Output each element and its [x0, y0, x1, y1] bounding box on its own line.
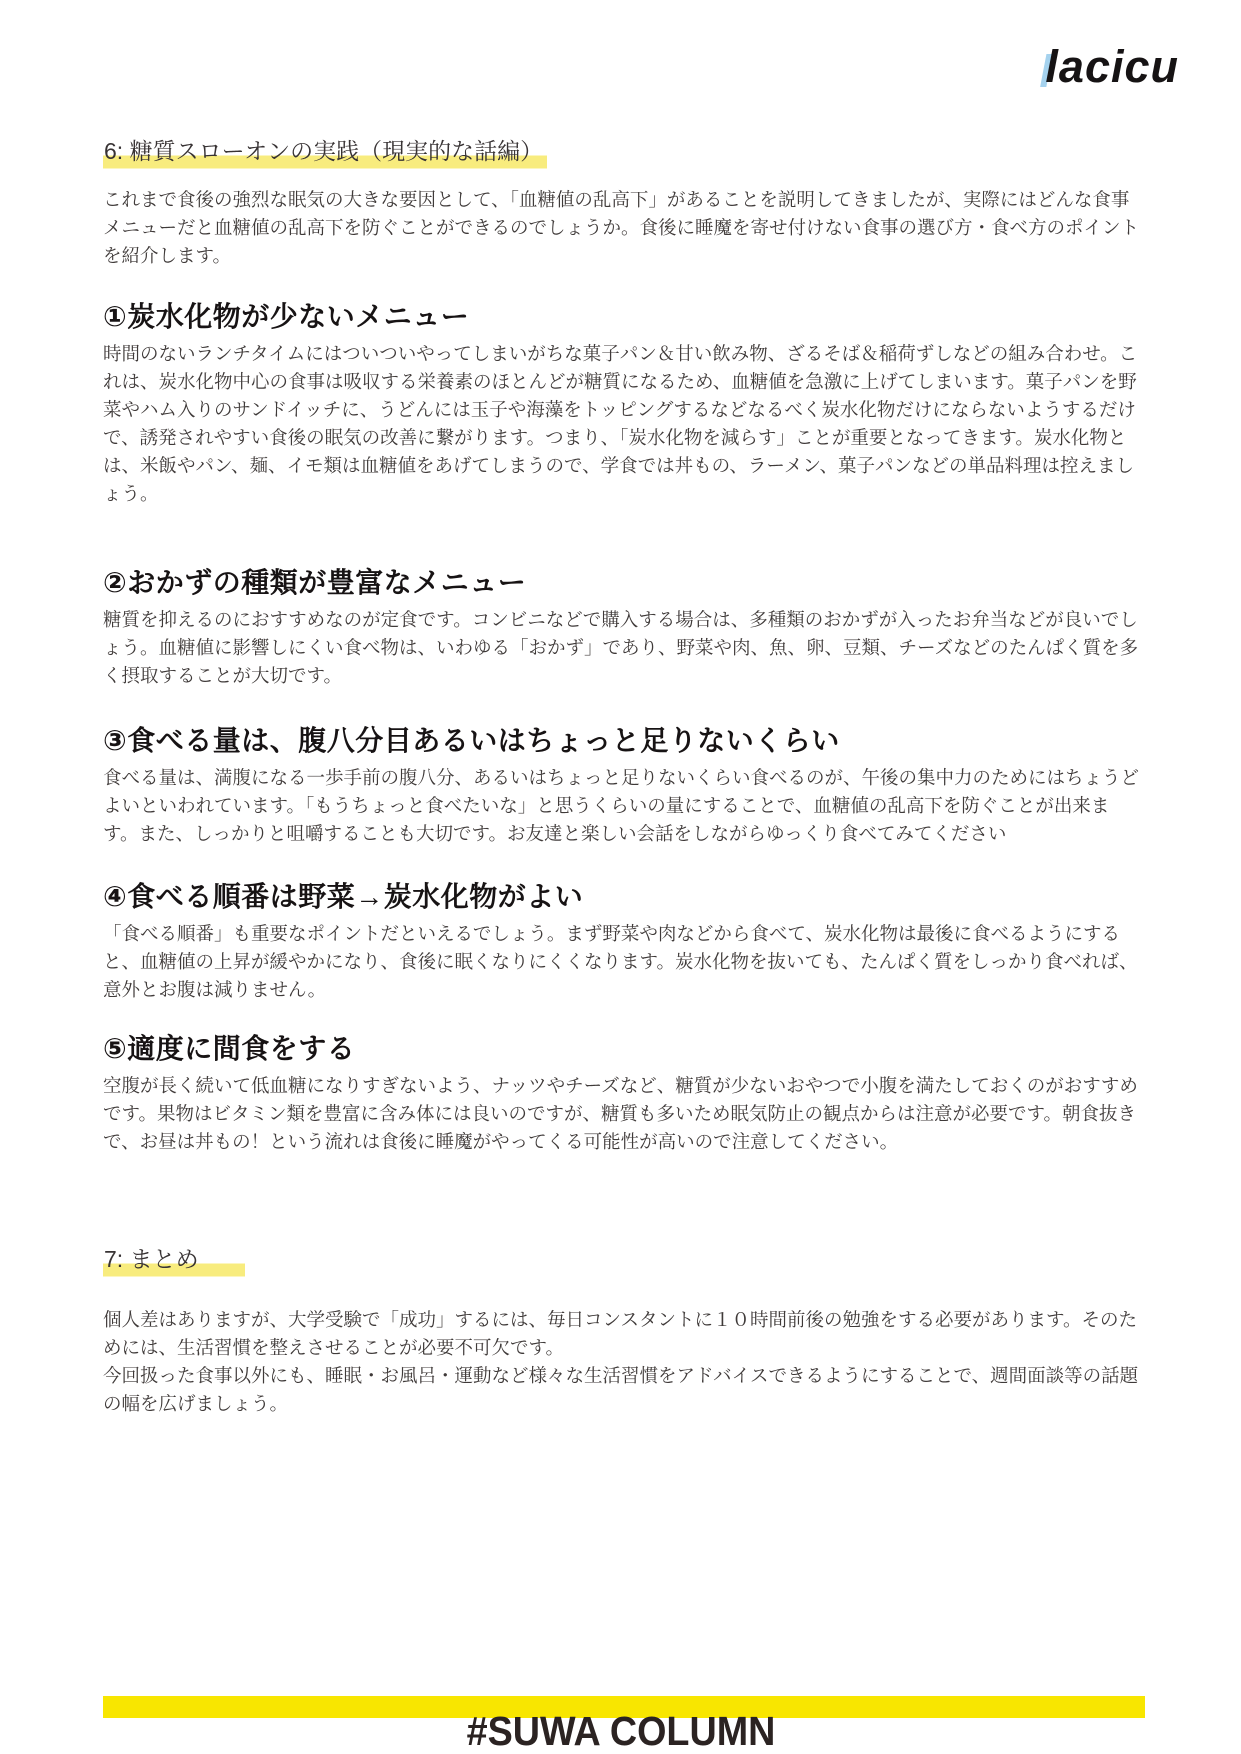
page-content: 6: 糖質スローオンの実践（現実的な話編） これまで食後の強烈な眠気の大きな要因…	[0, 136, 1241, 1418]
lacicu-logo: lacicu	[1045, 44, 1179, 89]
section-6-intro-paragraph: これまで食後の強烈な眠気の大きな要因として、「血糖値の乱高下」があることを説明し…	[103, 186, 1141, 270]
subsection-4-eating-order: ④食べる順番は野菜→炭水化物がよい 「食べる順番」も重要なポイントだといえるでし…	[103, 880, 1141, 1004]
section-6: 6: 糖質スローオンの実践（現実的な話編）	[103, 136, 1141, 170]
section-7: 7: まとめ	[103, 1244, 1141, 1278]
subsection-2-variety-of-dishes: ②おかずの種類が豊富なメニュー 糖質を抑えるのにおすすめなのが定食です。コンビニ…	[103, 566, 1141, 690]
section-7-paragraph: 個人差はありますが、大学受験で「成功」するには、毎日コンスタントに１０時間前後の…	[103, 1306, 1141, 1418]
subsection-5-snacking: ⑤適度に間食をする 空腹が長く続いて低血糖になりすぎないよう、ナッツやチーズなど…	[103, 1032, 1141, 1156]
section-7-title: 7: まとめ	[103, 1244, 245, 1278]
subsection-2-paragraph: 糖質を抑えるのにおすすめなのが定食です。コンビニなどで購入する場合は、多種類のお…	[103, 606, 1141, 690]
subsection-3-paragraph: 食べる量は、満腹になる一歩手前の腹八分、あるいはちょっと足りないくらい食べるのが…	[103, 764, 1141, 848]
section-6-title: 6: 糖質スローオンの実践（現実的な話編）	[103, 136, 547, 170]
subsection-3-heading: ③食べる量は、腹八分目あるいはちょっと足りないくらい	[103, 724, 1141, 758]
document-page: lacicu 6: 糖質スローオンの実践（現実的な話編） これまで食後の強烈な眠…	[0, 0, 1241, 1754]
subsection-1-low-carb-menu: ①炭水化物が少ないメニュー 時間のないランチタイムにはついついやってしまいがちな…	[103, 300, 1141, 508]
subsection-3-portion-size: ③食べる量は、腹八分目あるいはちょっと足りないくらい 食べる量は、満腹になる一歩…	[103, 724, 1141, 848]
subsection-2-heading: ②おかずの種類が豊富なメニュー	[103, 566, 1141, 600]
subsection-1-heading: ①炭水化物が少ないメニュー	[103, 300, 1141, 334]
subsection-4-paragraph: 「食べる順番」も重要なポイントだといえるでしょう。まず野菜や肉などから食べて、炭…	[103, 920, 1141, 1004]
logo-letters-rest: acicu	[1059, 41, 1179, 92]
subsection-4-heading: ④食べる順番は野菜→炭水化物がよい	[103, 880, 1141, 914]
subsection-5-paragraph: 空腹が長く続いて低血糖になりすぎないよう、ナッツやチーズなど、糖質が少ないおやつ…	[103, 1072, 1141, 1156]
subsection-5-heading: ⑤適度に間食をする	[103, 1032, 1141, 1066]
footer-hashtag-label: #SUWA COLUMN	[466, 1711, 775, 1752]
subsection-1-paragraph: 時間のないランチタイムにはついついやってしまいがちな菓子パン＆甘い飲み物、ざるそ…	[103, 340, 1141, 508]
logo-letter-l: l	[1045, 41, 1059, 92]
